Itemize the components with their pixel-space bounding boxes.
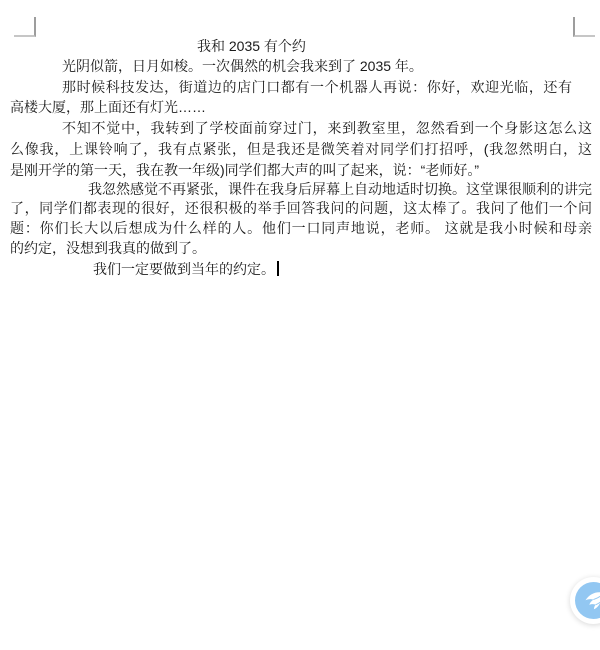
doc-line[interactable]: 了，同学们都表现的很好，还很积极的举手回答我问的问题，这太棒了。我问了他们一个问: [10, 200, 592, 217]
doc-line[interactable]: 光阴似箭，日月如梭。一次偶然的机会我来到了 2035 年。: [62, 58, 423, 75]
doc-line-text: 那时候科技发达，街道边的店门口都有一个机器人再说：你好，欢迎光临，还有: [62, 79, 572, 95]
doc-line-text: 我们一定要做到当年的约定。: [93, 261, 275, 277]
text-cursor: [277, 261, 279, 276]
assistant-button[interactable]: [570, 577, 600, 624]
doc-line[interactable]: 题：你们长大以后想成为什么样的人。他们一口同声地说，老师。 这就是我小时候和母亲: [10, 220, 592, 237]
doc-line[interactable]: 不知不觉中，我转到了学校面前穿过门，来到教室里，忽然看到一个身影这怎么这: [62, 120, 592, 137]
doc-line[interactable]: 是刚开学的第一天，我在教一年级)同学们都大声的叫了起来，说：“老师好。”: [10, 162, 479, 179]
doc-line[interactable]: 我忽然感觉不再紧张，课件在我身后屏幕上自动地适时切换。这堂课很顺利的讲完: [88, 181, 592, 198]
doc-line[interactable]: 的约定，没想到我真的做到了。: [10, 240, 206, 257]
doc-line-text: 题：你们长大以后想成为什么样的人。他们一口同声地说，老师。 这就是我小时候和母亲: [10, 220, 592, 236]
wing-icon: [582, 589, 600, 613]
doc-title[interactable]: 我和 2035 有个约: [197, 38, 306, 55]
doc-title-text: 我和 2035 有个约: [197, 38, 306, 54]
margin-mark-top-left: [14, 17, 36, 37]
doc-line-text: 了，同学们都表现的很好，还很积极的举手回答我问的问题，这太棒了。我问了他们一个问: [10, 200, 592, 216]
doc-line-text: 我忽然感觉不再紧张，课件在我身后屏幕上自动地适时切换。这堂课很顺利的讲完: [88, 181, 592, 197]
doc-line-text: 是刚开学的第一天，我在教一年级)同学们都大声的叫了起来，说：“老师好。”: [10, 162, 479, 178]
doc-line[interactable]: 高楼大厦，那上面还有灯光……: [10, 99, 206, 116]
doc-line-text: 光阴似箭，日月如梭。一次偶然的机会我来到了 2035 年。: [62, 58, 423, 74]
margin-mark-top-right: [573, 17, 595, 37]
doc-line-text: 不知不觉中，我转到了学校面前穿过门，来到教室里，忽然看到一个身影这怎么这: [62, 120, 592, 136]
doc-line[interactable]: 么像我，上课铃响了，我有点紧张，但是我还是微笑着对同学们打招呼，(我忽然明白，这: [10, 141, 592, 158]
assistant-button-core: [575, 582, 600, 619]
document-page: 我和 2035 有个约 光阴似箭，日月如梭。一次偶然的机会我来到了 2035 年…: [0, 0, 600, 650]
doc-line-text: 么像我，上课铃响了，我有点紧张，但是我还是微笑着对同学们打招呼，(我忽然明白，这: [10, 141, 592, 157]
doc-line[interactable]: 那时候科技发达，街道边的店门口都有一个机器人再说：你好，欢迎光临，还有: [62, 79, 572, 96]
doc-line-text: 的约定，没想到我真的做到了。: [10, 240, 206, 256]
doc-line-text: 高楼大厦，那上面还有灯光……: [10, 99, 206, 115]
doc-line-last[interactable]: 我们一定要做到当年的约定。: [93, 261, 279, 278]
